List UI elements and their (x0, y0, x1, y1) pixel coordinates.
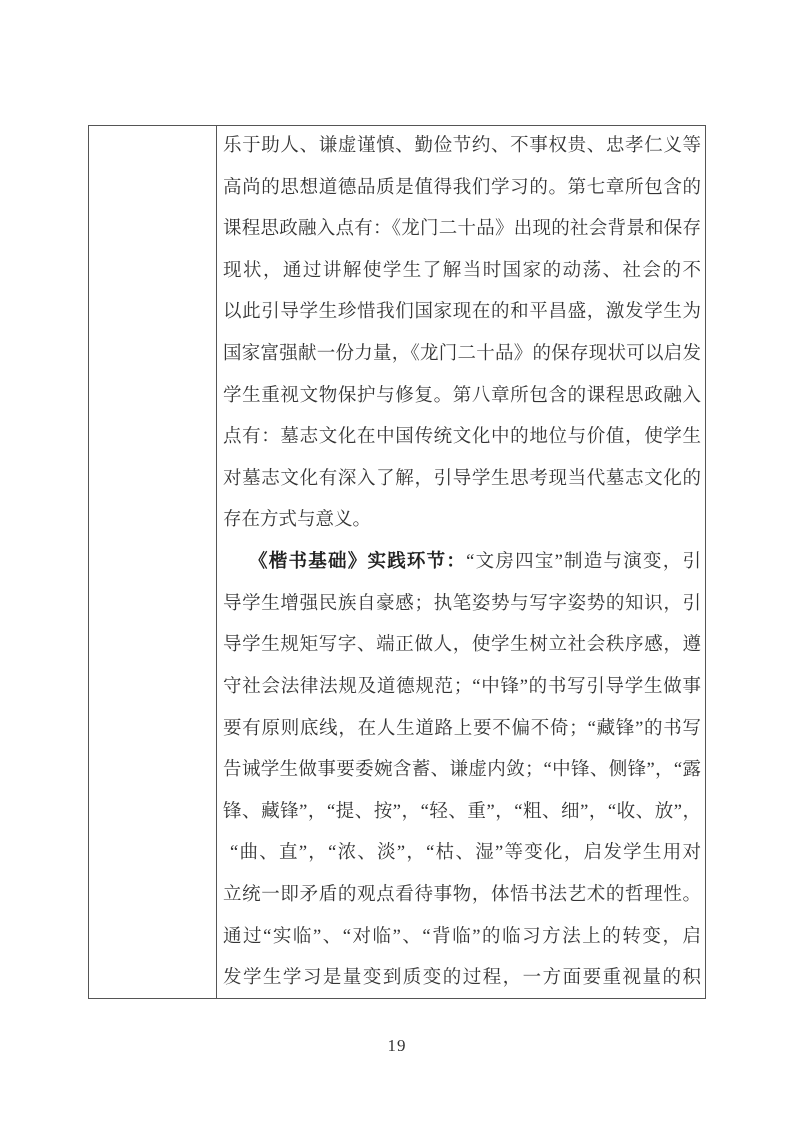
text-line: 乐于助人、谦虚谨慎、勤俭节约、不事权贵、忠孝仁义等 (223, 126, 701, 168)
table-left-cell (89, 126, 217, 998)
text-line: 对墓志文化有深入了解，引导学生思考现当代墓志文化的 (223, 459, 701, 501)
text-line: 守社会法律法规及道德规范；“中锋”的书写引导学生做事 (223, 667, 701, 709)
document-page: 乐于助人、谦虚谨慎、勤俭节约、不事权贵、忠孝仁义等高尚的思想道德品质是值得我们学… (0, 0, 794, 1123)
text-line: 以此引导学生珍惜我们国家现在的和平昌盛，激发学生为 (223, 292, 701, 334)
text-line: 要有原则底线，在人生道路上要不偏不倚；“藏锋”的书写 (223, 709, 701, 751)
text-line: 通过“实临”、“对临”、“背临”的临习方法上的转变，启 (223, 917, 701, 959)
text-line: 立统一即矛盾的观点看待事物，体悟书法艺术的哲理性。 (223, 875, 701, 917)
page-number: 19 (0, 1036, 794, 1056)
bold-run-in-heading: 《楷书基础》实践环节： (249, 552, 466, 572)
content-table: 乐于助人、谦虚谨慎、勤俭节约、不事权贵、忠孝仁义等高尚的思想道德品质是值得我们学… (88, 125, 706, 999)
text-line: 点有：墓志文化在中国传统文化中的地位与价值，使学生 (223, 417, 701, 459)
text-line: 存在方式与意义。 (223, 500, 701, 542)
text-line: 导学生规矩写字、端正做人，使学生树立社会秩序感，遵 (223, 625, 701, 667)
text-line: 发学生学习是量变到质变的过程，一方面要重视量的积累， (223, 958, 701, 998)
text-line: 国家富强献一份力量，《龙门二十品》的保存现状可以启发 (223, 334, 701, 376)
text-line: 导学生增强民族自豪感；执笔姿势与写字姿势的知识，引 (223, 584, 701, 626)
text-line: 《楷书基础》实践环节：“文房四宝”制造与演变，引 (223, 542, 701, 584)
text-line: “曲、直”，“浓、淡”，“枯、湿”等变化，启发学生用对 (223, 833, 701, 875)
text-line: 高尚的思想道德品质是值得我们学习的。第七章所包含的 (223, 168, 701, 210)
text-line: 课程思政融入点有：《龙门二十品》出现的社会背景和保存 (223, 209, 701, 251)
text-line: 告诫学生做事要委婉含蓄、谦虚内敛；“中锋、侧锋”，“露 (223, 750, 701, 792)
text-line: 学生重视文物保护与修复。第八章所包含的课程思政融入 (223, 376, 701, 418)
text-line: 现状，通过讲解使学生了解当时国家的动荡、社会的不安， (223, 251, 701, 293)
text-line: 锋、藏锋”，“提、按”，“轻、重”，“粗、细”，“收、放”， (223, 792, 701, 834)
table-right-cell: 乐于助人、谦虚谨慎、勤俭节约、不事权贵、忠孝仁义等高尚的思想道德品质是值得我们学… (217, 126, 705, 998)
